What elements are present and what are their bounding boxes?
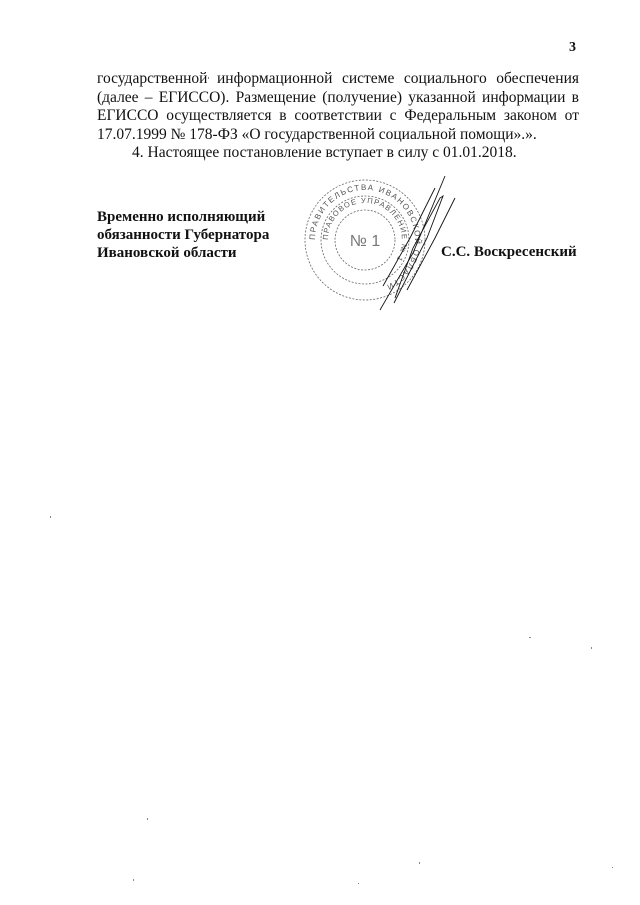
scan-speck bbox=[147, 818, 148, 820]
scan-speck bbox=[529, 637, 531, 638]
scan-speck bbox=[208, 77, 209, 79]
text-line: ЕГИССО осуществляется в соответствии с Ф… bbox=[97, 107, 579, 126]
text-line: (далее – ЕГИССО). Размещение (получение)… bbox=[97, 89, 579, 108]
signatory-position: Временно исполняющий обязанности Губерна… bbox=[97, 208, 269, 262]
text-line: 17.07.1999 № 178-ФЗ «О государственной с… bbox=[97, 126, 579, 145]
paragraph-continuation: государственной информационной системе с… bbox=[97, 70, 579, 144]
signature-strokes bbox=[380, 176, 455, 310]
scan-speck bbox=[419, 862, 420, 864]
stamp-center-text: № 1 bbox=[350, 233, 381, 250]
stamp-inner-text: ПРАВОВОЕ УПРАВЛЕНИЕ № 1 bbox=[321, 196, 409, 264]
paragraph-4: 4. Настоящее постановление вступает в си… bbox=[97, 144, 579, 163]
signer-name: С.С. Воскресенский bbox=[441, 244, 577, 261]
page-number: 3 bbox=[569, 40, 576, 56]
position-line: Ивановской области bbox=[97, 244, 269, 262]
text-line: государственной информационной системе с… bbox=[97, 70, 579, 89]
scan-speck bbox=[612, 867, 613, 868]
position-line: Временно исполняющий bbox=[97, 208, 269, 226]
scan-speck bbox=[591, 647, 592, 649]
svg-text:ПРАВОВОЕ УПРАВЛЕНИЕ № 1: ПРАВОВОЕ УПРАВЛЕНИЕ № 1 bbox=[321, 196, 409, 264]
official-stamp-and-signature: ПРАВИТЕЛЬСТВА ИВАНОВСКОЙ ОБЛАСТИ ПРАВОВО… bbox=[295, 168, 475, 313]
position-line: обязанности Губернатора bbox=[97, 226, 269, 244]
scan-speck bbox=[358, 883, 359, 884]
document-body: государственной информационной системе с… bbox=[97, 70, 579, 163]
scan-speck bbox=[133, 879, 134, 881]
scan-speck bbox=[50, 516, 51, 518]
